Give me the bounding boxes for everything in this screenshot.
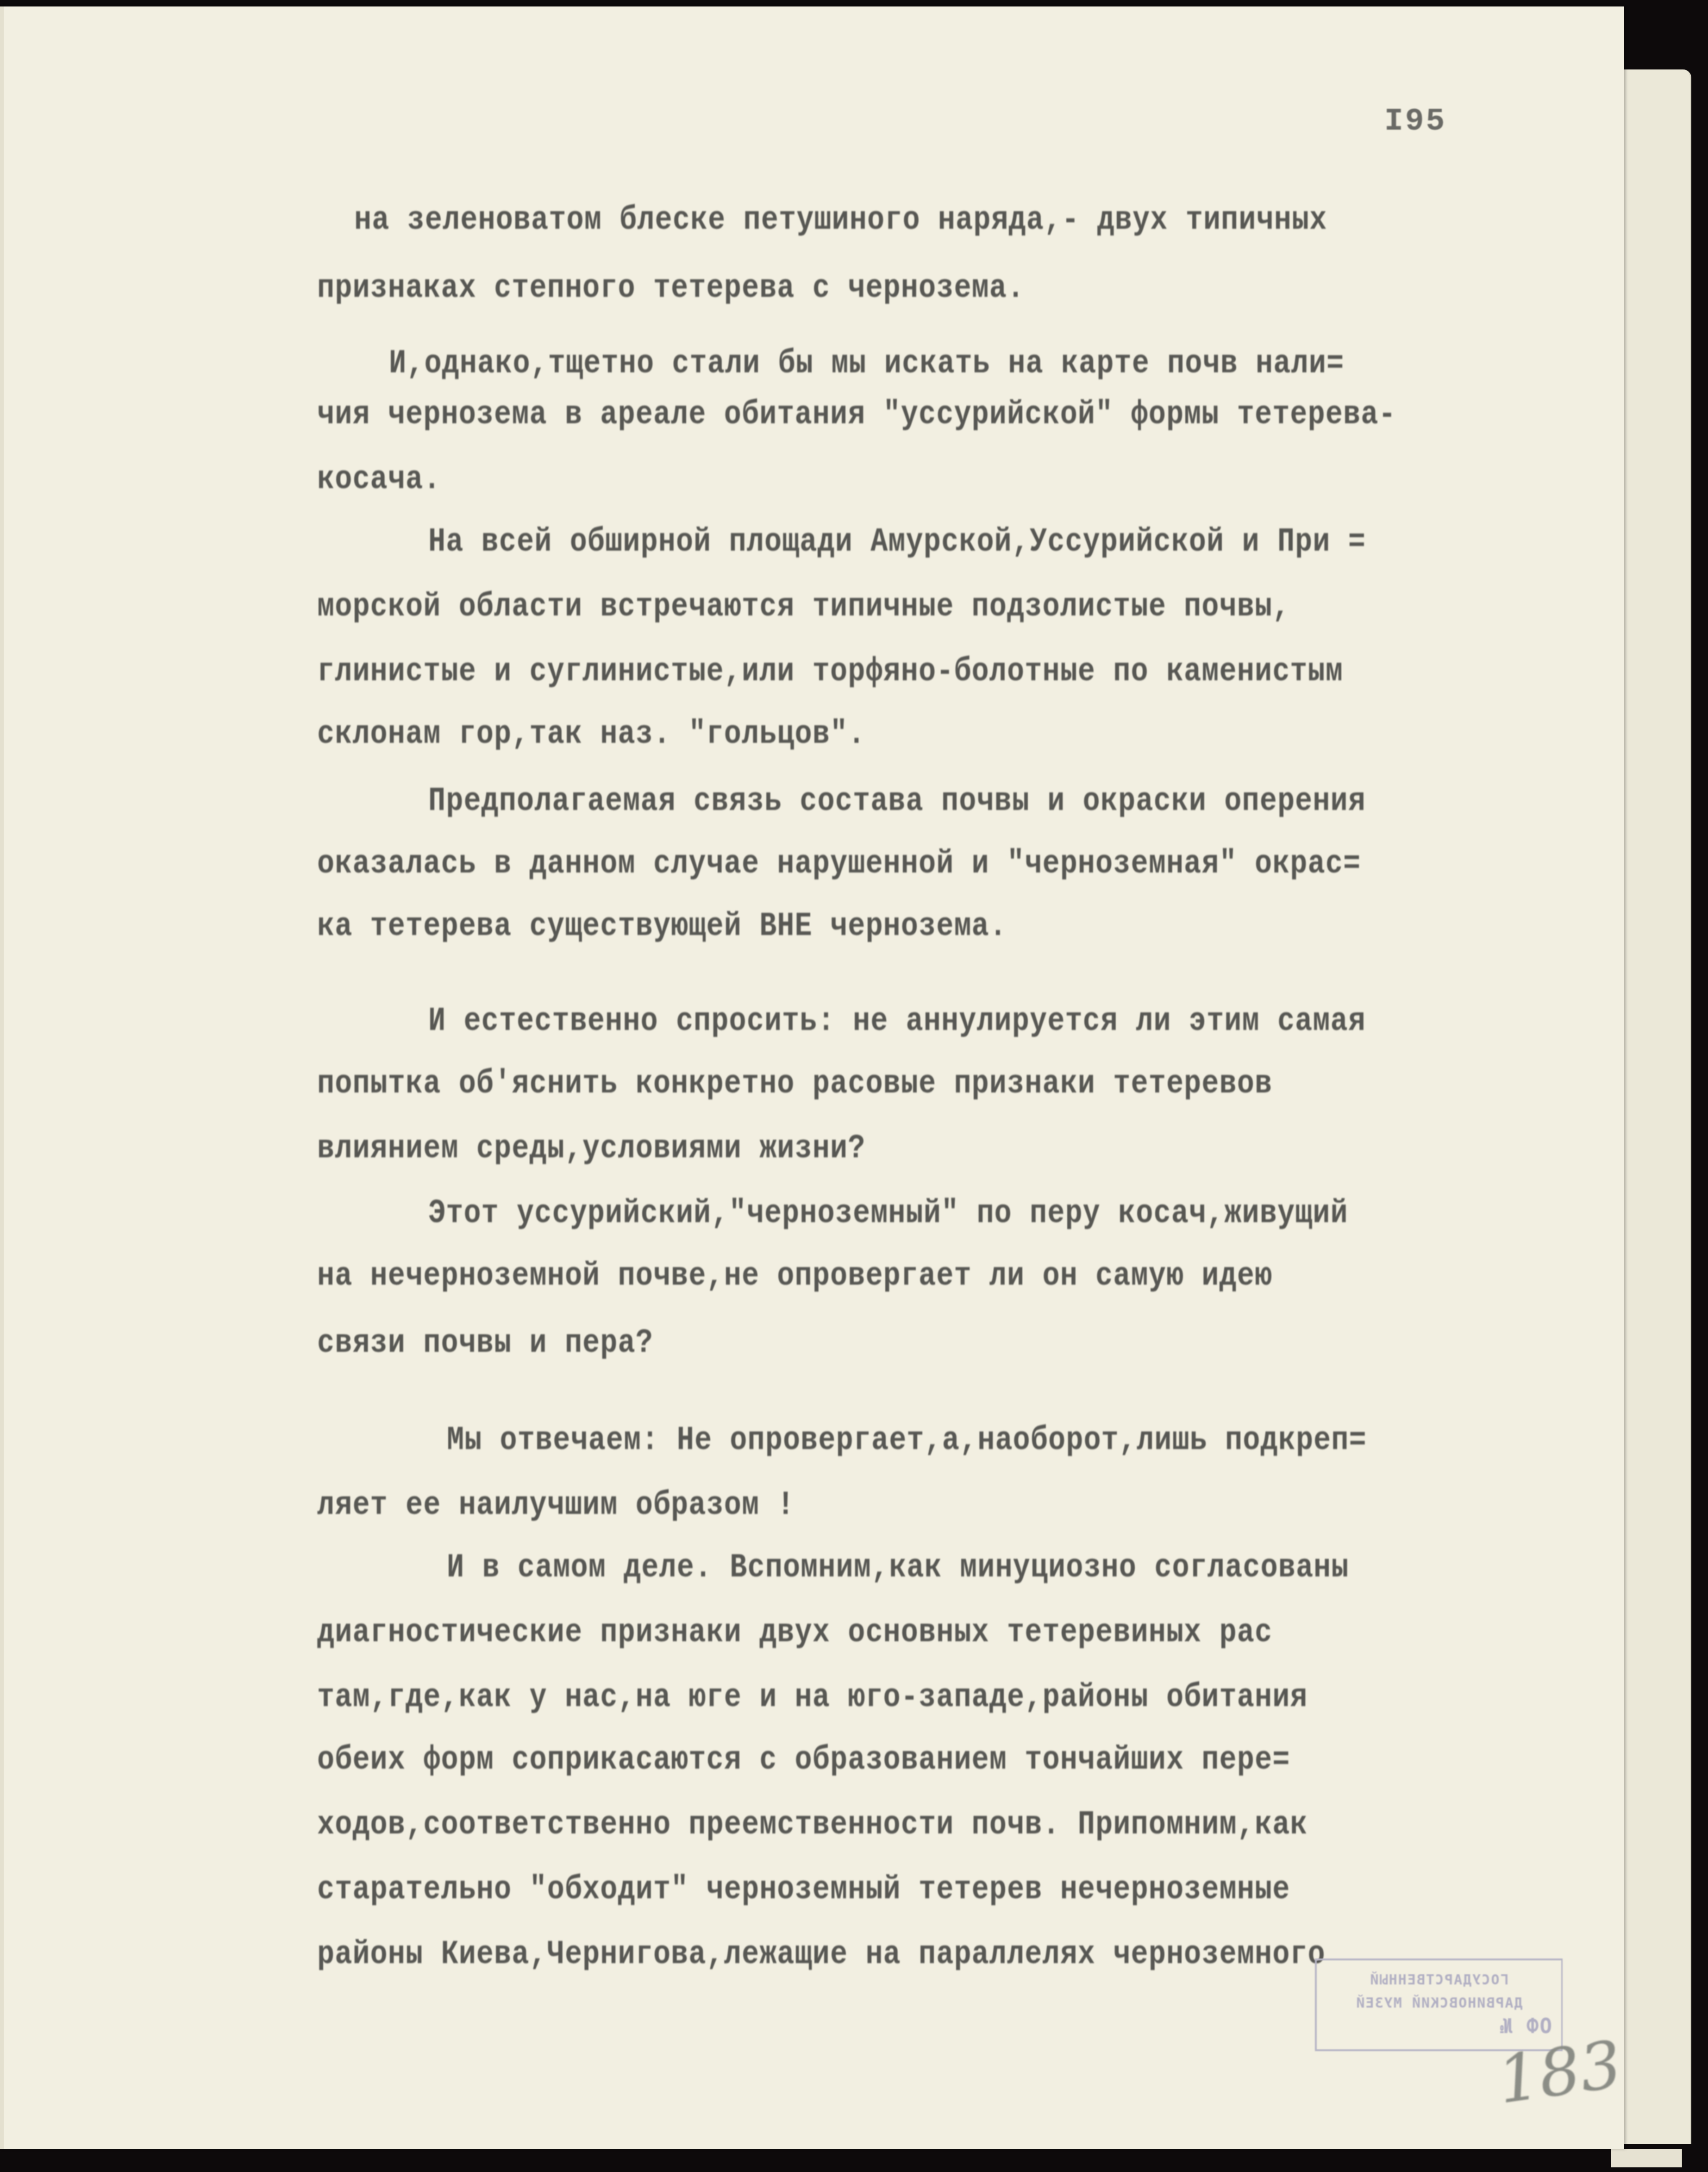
text-line: на зеленоватом блеске петушиного наряда,… (354, 201, 1327, 239)
text-line: влиянием среды,условиями жизни? (317, 1130, 865, 1168)
text-line: ходов,соответственно преемственности поч… (317, 1806, 1308, 1844)
stamp-line: ДАРВИНОВСКИЙ МУЗЕЙ (1317, 1992, 1561, 2015)
text-line: косача. (317, 460, 441, 498)
page-number: I95 (1384, 104, 1446, 139)
document-page: I95 на зеленоватом блеске петушиного нар… (0, 6, 1624, 2149)
text-line: признаках степного тетерева с чернозема. (317, 269, 1025, 307)
archive-stamp: ГОСУДАРСТВЕННЫЙ ДАРВИНОВСКИЙ МУЗЕЙ ОФ № (1315, 1959, 1563, 2051)
text-line: ляет ее наилучшим образом ! (317, 1486, 795, 1524)
text-line: попытка об'яснить конкретно расовые приз… (317, 1065, 1272, 1103)
text-line: обеих форм соприкасаются с образованием … (317, 1741, 1290, 1779)
text-line: Этот уссурийский,"черноземный" по перу к… (428, 1194, 1348, 1232)
text-line: связи почвы и пера? (317, 1324, 653, 1362)
text-line: И в самом деле. Вспомним,как минуциозно … (447, 1549, 1349, 1587)
underlying-page-edge (1611, 2149, 1682, 2167)
text-line: склонам гор,так наз. "гольцов". (317, 715, 865, 753)
text-line: диагностические признаки двух основных т… (317, 1613, 1272, 1651)
text-line: районы Киева,Чернигова,лежащие на паралл… (317, 1935, 1326, 1973)
text-line: ка тетерева существующей ВНЕ чернозема. (317, 907, 1007, 945)
text-line: И естественно спросить: не аннулируется … (428, 1002, 1366, 1040)
stamp-line: ОФ № (1317, 2015, 1561, 2038)
text-line: оказалась в данном случае нарушенной и "… (317, 845, 1361, 883)
text-line: чия чернозема в ареале обитания "уссурий… (317, 395, 1396, 433)
text-line: на нечерноземной почве,не опровергает ли… (317, 1257, 1272, 1295)
text-line: морской области встречаются типичные под… (317, 588, 1290, 626)
text-line: старательно "обходит" черноземный тетере… (317, 1871, 1290, 1908)
text-line: Предполагаемая связь состава почвы и окр… (428, 782, 1366, 820)
text-line: И,однако,тщетно стали бы мы искать на ка… (389, 345, 1344, 383)
text-line: На всей обширной площади Амурской,Уссури… (428, 523, 1366, 561)
text-line: глинистые и суглинистые,или торфяно-боло… (317, 653, 1343, 691)
text-line: там,где,как у нас,на юге и на юго-западе… (317, 1678, 1308, 1716)
stamp-line: ГОСУДАРСТВЕННЫЙ (1317, 1969, 1561, 1992)
text-line: Мы отвечаем: Не опровергает,а,наоборот,л… (447, 1421, 1367, 1459)
